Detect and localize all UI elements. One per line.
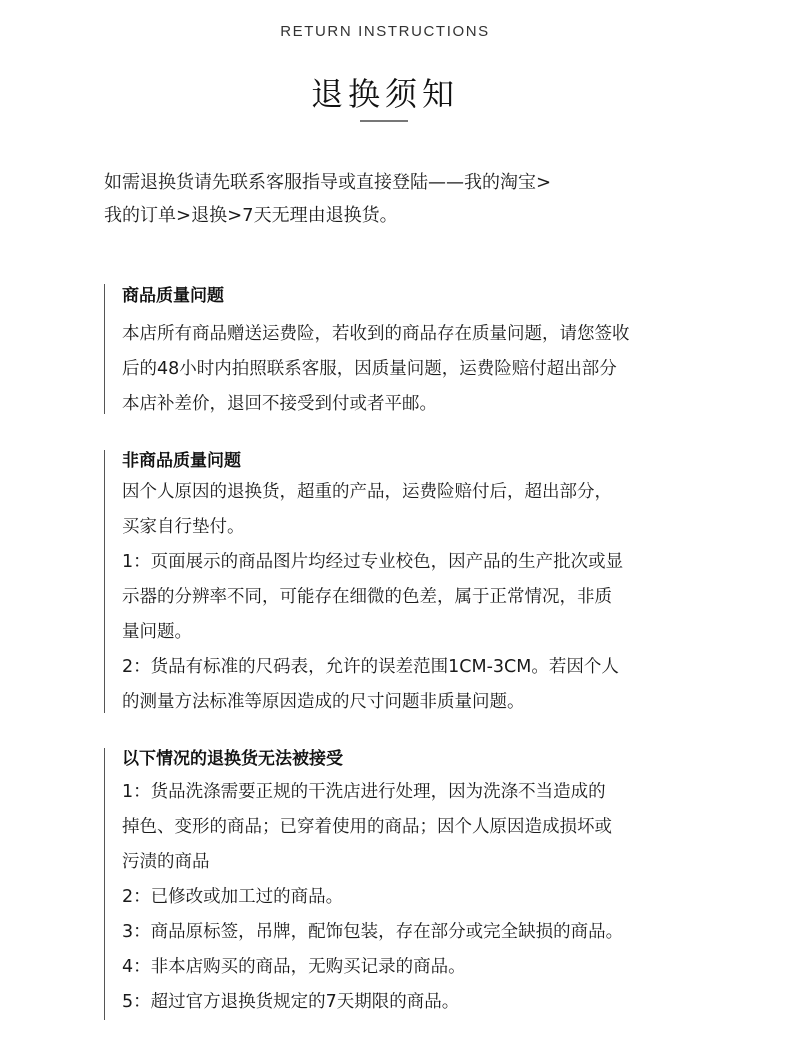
section-line: 2：货品有标准的尺码表，允许的误差范围1CM-3CM。若因个人 xyxy=(122,650,722,685)
section-line: 3：商品原标签，吊牌，配饰包装，存在部分或完全缺损的商品。 xyxy=(122,915,722,950)
intro-line: 我的订单>退换>7天无理由退换货。 xyxy=(104,199,664,232)
section-line: 因个人原因的退换货，超重的产品，运费险赔付后，超出部分， xyxy=(122,475,722,510)
section-line: 1：页面展示的商品图片均经过专业校色，因产品的生产批次或显 xyxy=(122,545,722,580)
page-title: 退换须知 xyxy=(0,69,770,115)
section-line: 1：货品洗涤需要正规的干洗店进行处理，因为洗涤不当造成的 xyxy=(122,775,722,810)
section-line: 掉色、变形的商品；已穿着使用的商品；因个人原因造成损坏或 xyxy=(122,810,722,845)
section-line: 本店补差价，退回不接受到付或者平邮。 xyxy=(122,387,722,422)
section-line: 示器的分辨率不同，可能存在细微的色差，属于正常情况，非质 xyxy=(122,580,722,615)
section-quality-issues: 商品质量问题 本店所有商品赠送运费险，若收到的商品存在质量问题，请您签收 后的4… xyxy=(104,284,722,414)
section-line: 2：已修改或加工过的商品。 xyxy=(122,880,722,915)
intro-line: 如需退换货请先联系客服指导或直接登陆——我的淘宝> xyxy=(104,166,664,199)
section-line: 4：非本店购买的商品，无购买记录的商品。 xyxy=(122,950,722,985)
section-line: 5：超过官方退换货规定的7天期限的商品。 xyxy=(122,985,722,1020)
section-non-quality-issues: 非商品质量问题 因个人原因的退换货，超重的产品，运费险赔付后，超出部分， 买家自… xyxy=(104,450,722,713)
section-line: 本店所有商品赠送运费险，若收到的商品存在质量问题，请您签收 xyxy=(122,317,722,352)
title-divider xyxy=(360,120,408,122)
section-line: 污渍的商品 xyxy=(122,845,722,880)
eyebrow-label: RETURN INSTRUCTIONS xyxy=(0,23,770,40)
section-line: 量问题。 xyxy=(122,615,722,650)
section-heading: 以下情况的退换货无法被接受 xyxy=(122,748,722,770)
section-heading: 非商品质量问题 xyxy=(122,450,722,472)
section-line: 买家自行垫付。 xyxy=(122,510,722,545)
section-line: 后的48小时内拍照联系客服，因质量问题，运费险赔付超出部分 xyxy=(122,352,722,387)
section-heading: 商品质量问题 xyxy=(122,285,722,307)
section-line: 的测量方法标准等原因造成的尺寸问题非质量问题。 xyxy=(122,685,722,720)
section-unacceptable-returns: 以下情况的退换货无法被接受 1：货品洗涤需要正规的干洗店进行处理，因为洗涤不当造… xyxy=(104,748,722,1020)
intro-paragraph: 如需退换货请先联系客服指导或直接登陆——我的淘宝> 我的订单>退换>7天无理由退… xyxy=(104,166,664,232)
